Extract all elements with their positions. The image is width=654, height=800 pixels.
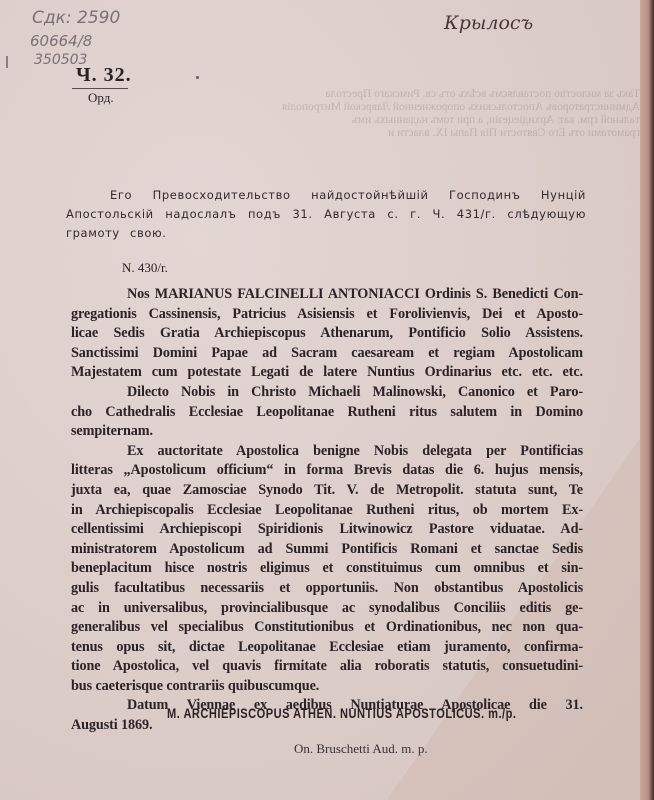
- page-edge-shadow: [640, 0, 654, 800]
- decree-line: Nos MARIANUS FALCINELLI ANTONIACCI Ordin…: [71, 285, 583, 305]
- decree-line: cho Cathedralis Ecclesiae Leopolitanae R…: [71, 403, 583, 423]
- intro-text: Его Превосходительство найдостойнѣйшій Г…: [66, 188, 586, 240]
- decree-line: gregationis Cassinensis, Patricius Asisi…: [71, 305, 583, 325]
- decree-line: Sanctissimi Domini Papae ad Sacram caesa…: [71, 344, 583, 364]
- latin-decree-body: Nos MARIANUS FALCINELLI ANTONIACCI Ordin…: [71, 285, 583, 736]
- handwritten-annotation: Крылосъ: [444, 12, 533, 34]
- decree-line: ac in universalibus, provincialibusque a…: [71, 599, 583, 619]
- decree-line: litteras „Apostolicum officium“ in forma…: [71, 461, 583, 481]
- decree-line: gulis facultatibus necessariis et opport…: [71, 579, 583, 599]
- document-number: N. 430/r.: [122, 260, 168, 276]
- bleed-line: Администраторовъ Апостольскихъ опорожнен…: [260, 101, 640, 114]
- document-page: Сдк: 2590 60664/8 350503 Крылосъ Ч. 32. …: [0, 0, 654, 800]
- header-rule: [72, 88, 128, 89]
- decree-line: Ex auctoritate Apostolica benigne Nobis …: [71, 442, 583, 462]
- signature-line: M. ARCHIEPISCOPUS ATHEN. NUNTIUS APOSTOL…: [167, 706, 516, 721]
- countersignature: On. Bruschetti Aud. m. p.: [294, 741, 428, 757]
- inventory-note-1: Сдк: 2590: [32, 8, 120, 28]
- decree-line: generalibus vel specialibus Constitution…: [71, 618, 583, 638]
- bleed-line: Такъ за милостію поставляємъ всѣхъ отъ с…: [260, 88, 640, 101]
- decree-line: juxta ea, quae Zamosciae Synodo Tit. V. …: [71, 481, 583, 501]
- bleed-line: грамотами отъ Его Святости Пія Папы IX. …: [260, 127, 640, 140]
- decree-line: Majestatem cum potestate Legati de later…: [71, 363, 583, 383]
- ink-spot: [196, 76, 199, 79]
- decree-line: beneplacitum hisce nostris eligimus et c…: [71, 559, 583, 579]
- decree-line: tenus opus sit, dictae Leopolitanae Eccl…: [71, 638, 583, 658]
- intro-paragraph: Его Превосходительство найдостойнѣйшій Г…: [66, 186, 586, 243]
- decree-line: Dilecto Nobis in Christo Michaeli Malino…: [71, 383, 583, 403]
- decree-line: in Archiepiscopalis Ecclesiae Leopolitan…: [71, 501, 583, 521]
- bleed-through-text: Такъ за милостію поставляємъ всѣхъ отъ с…: [260, 88, 640, 140]
- decree-line: tione Apostolica, vel quavis firmitate a…: [71, 657, 583, 677]
- ordinance-label: Орд.: [88, 90, 114, 106]
- decree-line: licae Sedis Gratia Archiepiscopus Athena…: [71, 324, 583, 344]
- decree-line: ministratorem Apostolicum ad Summi Ponti…: [71, 540, 583, 560]
- chapter-number: Ч. 32.: [76, 64, 132, 87]
- bleed-line: тальной грм. кат. Архидіецезіи, а при то…: [260, 114, 640, 127]
- decree-line: sempiternam.: [71, 422, 583, 442]
- inventory-note-2: 60664/8: [30, 32, 92, 50]
- margin-mark: [6, 56, 8, 68]
- decree-line: bus caeterisque contrariis quibuscumque.: [71, 677, 583, 697]
- decree-line: cellentissimi Archiepiscopi Spiridionis …: [71, 520, 583, 540]
